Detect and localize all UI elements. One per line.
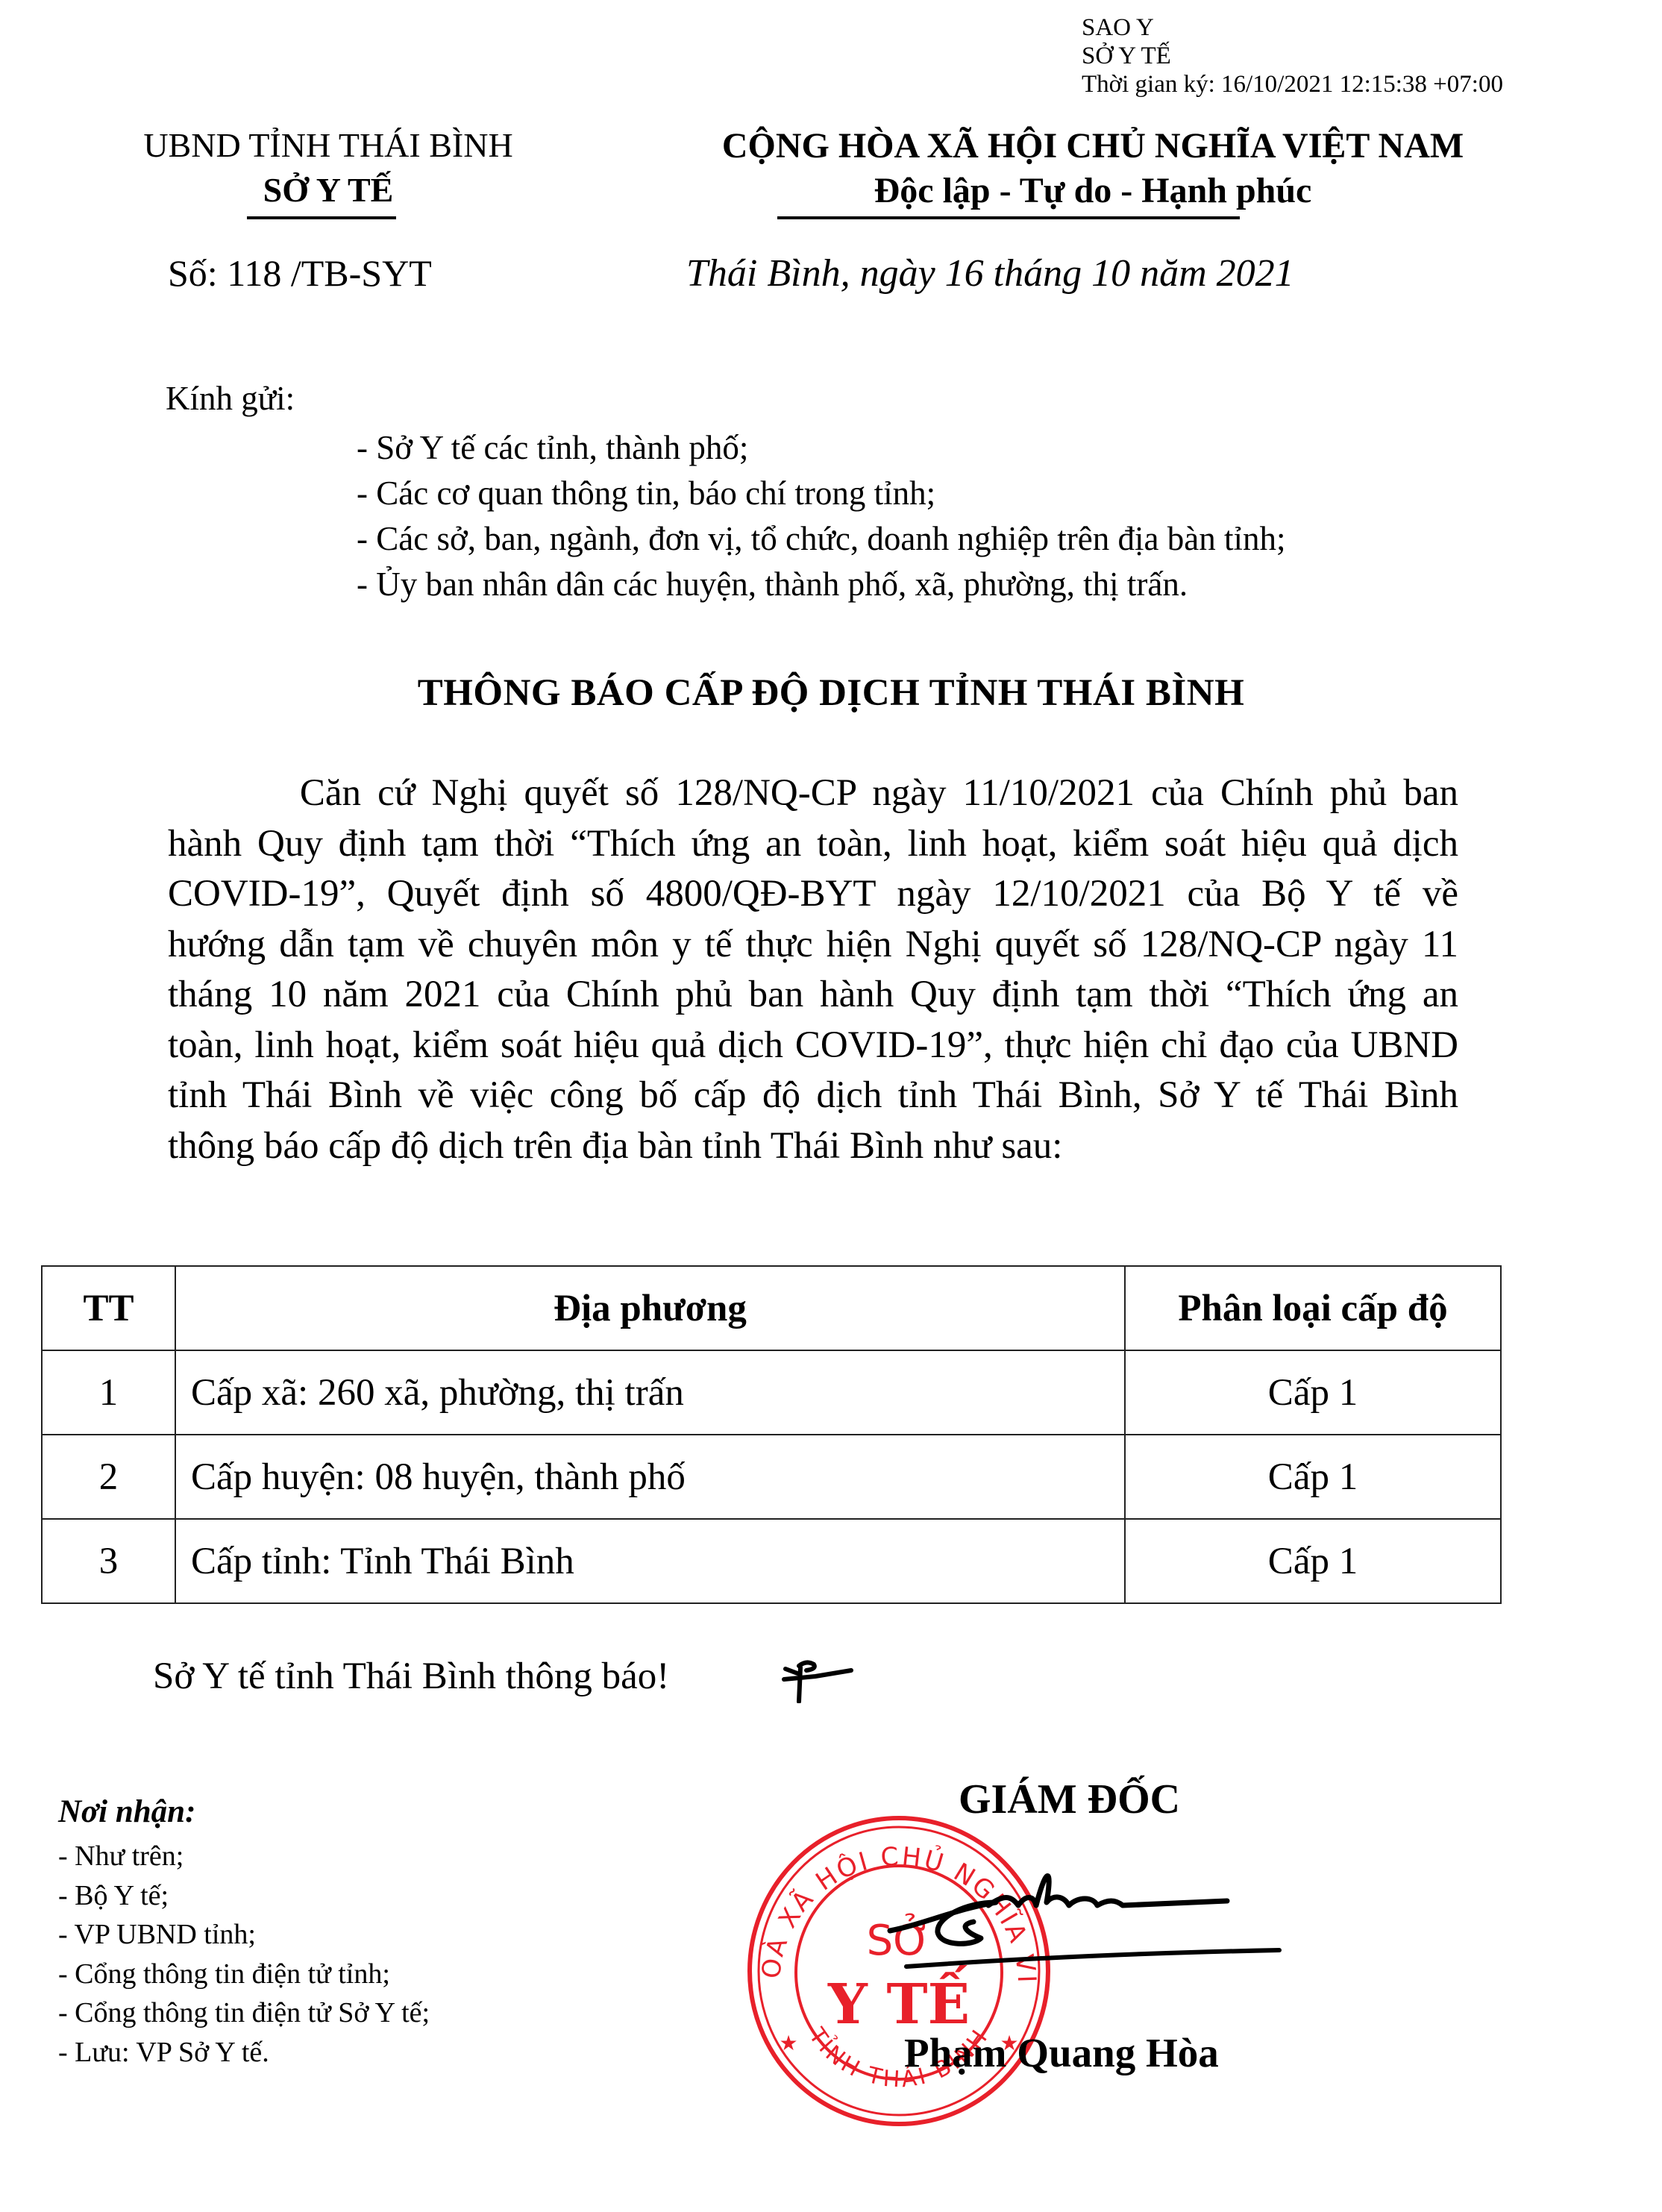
addressee-list: - Sở Y tế các tỉnh, thành phố; - Các cơ …	[357, 425, 1285, 607]
agency-underline	[247, 216, 396, 219]
cell-level: Cấp 1	[1125, 1519, 1501, 1603]
seal-star-icon: ★	[779, 2031, 797, 2055]
signature-copy-label: SAO Y	[1082, 13, 1503, 42]
digital-signature-info: SAO Y SỞ Y TẾ Thời gian ký: 16/10/2021 1…	[1082, 13, 1503, 98]
recipient-item: - Như trên;	[58, 1837, 430, 1876]
cell-level: Cấp 1	[1125, 1350, 1501, 1435]
header-tt: TT	[42, 1266, 175, 1350]
recipient-item: - Cổng thông tin điện tử Sở Y tế;	[58, 1993, 430, 2033]
motto-underline	[777, 216, 1240, 219]
recipient-item: - Cổng thông tin điện tử tỉnh;	[58, 1955, 430, 1994]
body-paragraph: Căn cứ Nghị quyết số 128/NQ-CP ngày 11/1…	[168, 768, 1458, 1171]
body-line: toàn, linh hoạt, kiểm soát hiệu quả dịch…	[168, 1021, 1458, 1071]
signatory-position: GIÁM ĐỐC	[959, 1776, 1180, 1823]
body-line: Căn cứ Nghị quyết số 128/NQ-CP ngày 11/1…	[168, 768, 1458, 819]
national-motto: Độc lập - Tự do - Hạnh phúc	[582, 170, 1604, 211]
signature-agency: SỞ Y TẾ	[1082, 42, 1503, 70]
closing-statement: Sở Y tế tỉnh Thái Bình thông báo!	[153, 1655, 669, 1698]
addressee-item: - Sở Y tế các tỉnh, thành phố;	[357, 425, 1285, 471]
recipients-list: - Như trên; - Bộ Y tế; - VP UBND tỉnh; -…	[58, 1837, 430, 2072]
cell-tt: 1	[42, 1350, 175, 1435]
document-number: Số: 118 /TB-SYT	[168, 251, 432, 295]
body-line: tháng 10 năm 2021 của Chính phủ ban hành…	[168, 970, 1458, 1021]
place-and-date: Thái Bình, ngày 16 tháng 10 năm 2021	[686, 251, 1294, 295]
recipient-item: - Lưu: VP Sở Y tế.	[58, 2033, 430, 2072]
addressee-item: - Ủy ban nhân dân các huyện, thành phố, …	[357, 562, 1285, 607]
body-line: COVID-19”, Quyết định số 4800/QĐ-BYT ngà…	[168, 869, 1458, 920]
body-line: tỉnh Thái Bình về việc công bố cấp độ dị…	[168, 1071, 1458, 1121]
header-level: Phân loại cấp độ	[1125, 1266, 1501, 1350]
table-row: 2 Cấp huyện: 08 huyện, thành phố Cấp 1	[42, 1435, 1501, 1519]
cell-locality: Cấp huyện: 08 huyện, thành phố	[175, 1435, 1125, 1519]
national-title: CỘNG HÒA XÃ HỘI CHỦ NGHĨA VIỆT NAM	[582, 125, 1604, 166]
cell-locality: Cấp tỉnh: Tỉnh Thái Bình	[175, 1519, 1125, 1603]
document-title: THÔNG BÁO CẤP ĐỘ DỊCH TỈNH THÁI BÌNH	[0, 671, 1662, 715]
cell-tt: 3	[42, 1519, 175, 1603]
body-line: thông báo cấp độ dịch trên địa bàn tỉnh …	[168, 1121, 1458, 1172]
handwritten-signature-icon	[877, 1873, 1294, 1984]
issuing-authority: UBND TỈNH THÁI BÌNH	[90, 125, 567, 165]
cell-tt: 2	[42, 1435, 175, 1519]
issuing-agency: SỞ Y TẾ	[90, 170, 567, 210]
table-row: 1 Cấp xã: 260 xã, phường, thị trấn Cấp 1	[42, 1350, 1501, 1435]
cell-locality: Cấp xã: 260 xã, phường, thị trấn	[175, 1350, 1125, 1435]
recipient-item: - Bộ Y tế;	[58, 1876, 430, 1916]
body-line: hành Quy định tạm thời “Thích ứng an toà…	[168, 819, 1458, 870]
greeting-label: Kính gửi:	[166, 379, 295, 418]
cell-level: Cấp 1	[1125, 1435, 1501, 1519]
signatory-name: Phạm Quang Hòa	[904, 2029, 1219, 2076]
recipient-item: - VP UBND tỉnh;	[58, 1915, 430, 1955]
table-row: 3 Cấp tỉnh: Tỉnh Thái Bình Cấp 1	[42, 1519, 1501, 1603]
epidemic-level-table: TT Địa phương Phân loại cấp độ 1 Cấp xã:…	[41, 1265, 1502, 1604]
addressee-item: - Các sở, ban, ngành, đơn vị, tổ chức, d…	[357, 516, 1285, 562]
addressee-item: - Các cơ quan thông tin, báo chí trong t…	[357, 471, 1285, 516]
recipients-title: Nơi nhận:	[58, 1793, 195, 1830]
initial-mark-icon	[780, 1658, 854, 1703]
body-line: hướng dẫn tạm về chuyên môn y tế thực hi…	[168, 920, 1458, 971]
signature-timestamp: Thời gian ký: 16/10/2021 12:15:38 +07:00	[1082, 70, 1503, 98]
table-header-row: TT Địa phương Phân loại cấp độ	[42, 1266, 1501, 1350]
header-locality: Địa phương	[175, 1266, 1125, 1350]
